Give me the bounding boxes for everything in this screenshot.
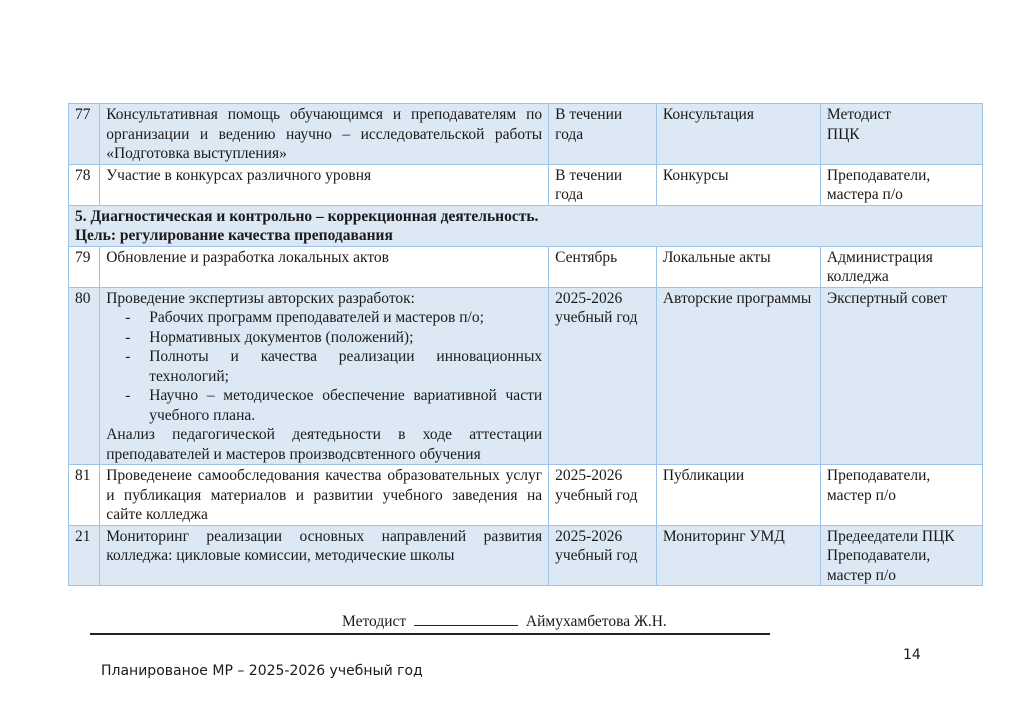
row-number: 78 [69,164,100,205]
table-row: 77 Консультативная помощь обучающимся и … [69,104,983,165]
row-description: Участие в конкурсах различного уровня [100,164,549,205]
list-item: Рабочих программ преподавателей и мастер… [149,308,542,328]
description-outro: Анализ педагогической деятедьности в ход… [106,425,542,464]
row-term: В течении года [549,104,657,165]
row-description: Обновление и разработка локальных актов [100,246,549,287]
row-description: Мониторинг реализации основных направлен… [100,525,549,586]
page-number: 14 [903,647,921,663]
description-intro: Проведение экспертизы авторских разработ… [106,289,542,309]
list-item: Нормативных документов (положений); [149,328,542,348]
row-responsible: Администрация колледжа [820,246,982,287]
list-item: Научно – методическое обеспечение вариат… [149,386,542,425]
row-form: Публикации [656,465,820,526]
table-row: 21 Мониторинг реализации основных направ… [69,525,983,586]
section-header-row: 5. Диагностическая и контрольно – коррек… [69,205,983,246]
page-footer: Планированое МР – 2025-2026 учебный год [101,663,423,679]
row-responsible: Методист ПЦК [820,104,982,165]
row-term: 2025-2026 учебный год [549,287,657,465]
signature-line: Методист Аймухамбетова Ж.Н. [90,609,770,635]
row-number: 77 [69,104,100,165]
list-item: Полноты и качества реализации инновацион… [149,347,542,386]
signature-role: Методист [342,613,406,630]
table-row: 79 Обновление и разработка локальных акт… [69,246,983,287]
row-description: Консультативная помощь обучающимся и пре… [100,104,549,165]
row-responsible: Предеедатели ПЦК Преподаватели, мастер п… [820,525,982,586]
row-number: 80 [69,287,100,465]
row-description: Проведенеие самообследования качества об… [100,465,549,526]
signature-blank [414,611,518,626]
description-list: Рабочих программ преподавателей и мастер… [106,308,542,425]
section-header: 5. Диагностическая и контрольно – коррек… [69,205,983,246]
row-form: Локальные акты [656,246,820,287]
row-form: Авторские программы [656,287,820,465]
signature-block: Методист Аймухамбетова Ж.Н. [342,611,667,631]
row-number: 79 [69,246,100,287]
row-description: Проведение экспертизы авторских разработ… [100,287,549,465]
row-term: 2025-2026 учебный год [549,465,657,526]
signature-name: Аймухамбетова Ж.Н. [526,613,667,630]
section-title: 5. Диагностическая и контрольно – коррек… [75,207,976,227]
row-term: 2025-2026 учебный год [549,525,657,586]
row-number: 81 [69,465,100,526]
section-goal: Цель: регулирование качества преподавани… [75,226,976,246]
row-form: Конкурсы [656,164,820,205]
table-row: 78 Участие в конкурсах различного уровня… [69,164,983,205]
row-responsible: Преподаватели, мастера п/о [820,164,982,205]
row-number: 21 [69,525,100,586]
row-responsible: Экспертный совет [820,287,982,465]
table-row: 80 Проведение экспертизы авторских разра… [69,287,983,465]
row-term: Сентябрь [549,246,657,287]
row-responsible: Преподаватели, мастер п/о [820,465,982,526]
table-row: 81 Проведенеие самообследования качества… [69,465,983,526]
row-term: В течении года [549,164,657,205]
plan-table: 77 Консультативная помощь обучающимся и … [68,103,983,586]
row-form: Консультация [656,104,820,165]
row-form: Мониторинг УМД [656,525,820,586]
